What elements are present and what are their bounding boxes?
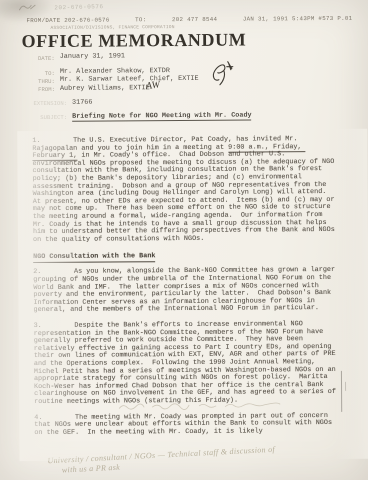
memo-ext-subject-block: EXTENSION: 31766 SUBJECT: Briefing Note … bbox=[29, 98, 252, 123]
paragraph-2: 2. As you know, alongside the Bank-NGO C… bbox=[33, 267, 336, 315]
memo-title: OFFICE MEMORANDUM bbox=[22, 30, 247, 53]
handwritten-initials: AW bbox=[145, 79, 160, 92]
date-label: DATE: bbox=[29, 54, 55, 62]
memo-page: 202-676-0576 FROM/DATE 202-676-0576 TO: … bbox=[0, 0, 368, 480]
meta-row-extension: EXTENSION: 31766 bbox=[29, 98, 252, 108]
pencil-scribble-icon bbox=[17, 1, 39, 13]
fax-header-line: FROM/DATE 202-676-0576 TO: 202 477 8544 … bbox=[26, 15, 352, 24]
paragraph-1: 1. The U.S. Executive Director, Pat Coad… bbox=[32, 136, 336, 244]
scan-artifact-line bbox=[341, 371, 343, 412]
scan-fade-right bbox=[333, 129, 368, 459]
handwritten-bottom-note: University / consultant / NGOs — Technic… bbox=[47, 442, 338, 477]
thru-label: THRU: bbox=[29, 77, 55, 85]
handwritten-flourish-icon bbox=[209, 58, 239, 88]
scan-artifact-tick bbox=[345, 382, 346, 391]
extension-label: EXTENSION: bbox=[29, 99, 67, 108]
memo-meta-block: DATE: January 31, 1991 TO: Mr. Alexander… bbox=[29, 53, 199, 94]
fax-from-number: FROM/DATE 202-676-0576 bbox=[26, 17, 109, 25]
from-label: FROM: bbox=[29, 86, 55, 94]
inline-pencil-annotation-icon bbox=[117, 399, 297, 412]
paragraph-3: 3. Despite the Bank's efforts to increas… bbox=[34, 321, 338, 407]
subject-label: SUBJECT: bbox=[29, 113, 67, 123]
meta-row-from: FROM: Aubrey Williams, EXTIE bbox=[29, 85, 199, 94]
fax-ghost-number: 202-676-0576 bbox=[54, 3, 103, 11]
fax-to-number: 202 477 8544 bbox=[172, 16, 217, 23]
date-value: January 31, 1991 bbox=[60, 53, 125, 62]
extension-value: 31766 bbox=[72, 99, 92, 108]
scan-content: 202-676-0576 FROM/DATE 202-676-0576 TO: … bbox=[0, 0, 368, 480]
from-value: Aubrey Williams, EXTIE bbox=[60, 85, 150, 94]
paragraph-4: 4. The meeting with Mr. Coady was prompt… bbox=[34, 412, 337, 437]
fax-timestamp: JAN 31, 1991 5:43PM #573 P.01 bbox=[243, 15, 353, 23]
meta-row-date: DATE: January 31, 1991 bbox=[29, 53, 199, 62]
to-label: TO: bbox=[29, 69, 55, 77]
fax-to-label: TO: bbox=[135, 16, 146, 23]
paragraph-1-rest: in Mr. Coady's office. Chad Dobson and o… bbox=[32, 150, 338, 243]
section-heading: NGO Consultation with the Bank bbox=[33, 254, 155, 264]
meta-row-subject: SUBJECT: Briefing Note for NGO Meeting w… bbox=[29, 111, 252, 122]
subject-value: Briefing Note for NGO Meeting with Mr. C… bbox=[72, 111, 252, 122]
